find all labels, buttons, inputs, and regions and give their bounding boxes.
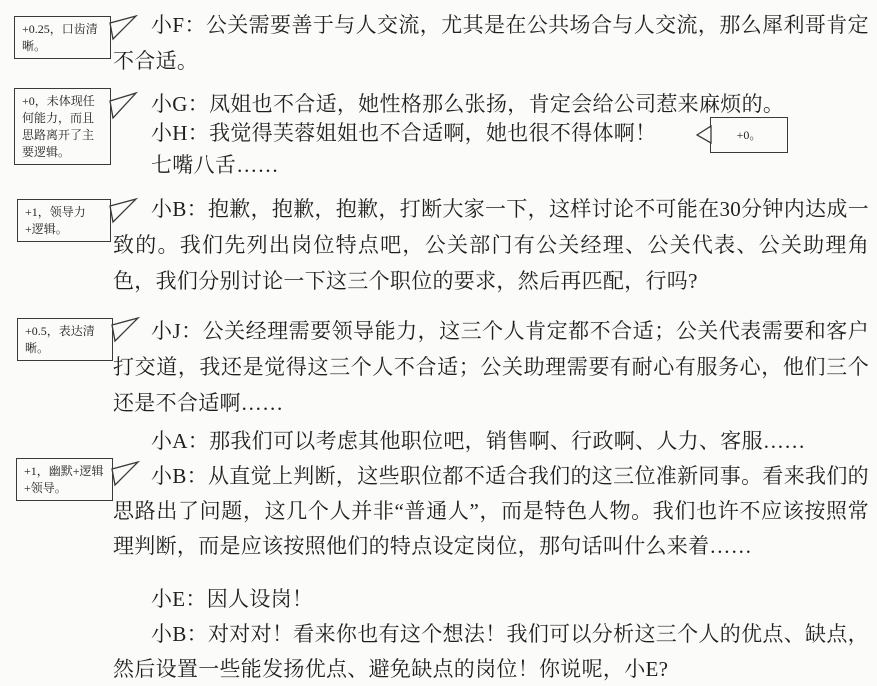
score-callout-1: +0.25，口齿清晰。: [14, 16, 111, 59]
dialogue-paragraph-xa: 小A：那我们可以考虑其他职位吧，销售啊、行政啊、人力、客服……: [113, 423, 869, 459]
document-page: 小F：公关需要善于与人交流，尤其是在公共场合与人交流，那么犀利哥肯定不合适。 小…: [0, 0, 877, 686]
score-callout-5: +1，幽默+逻辑+领导。: [16, 458, 113, 501]
dialogue-paragraph-xj: 小J：公关经理需要领导能力，这三个人肯定都不合适；公关代表需要和客户打交道，我还…: [113, 313, 869, 421]
score-callout-box: +0.25，口齿清晰。: [14, 16, 111, 59]
callout-tail-icon: [111, 460, 141, 488]
score-callout-box: +1，幽默+逻辑+领导。: [16, 458, 113, 501]
callout-tail-left-icon: [696, 125, 712, 145]
dialogue-paragraph-xb-3: 小B：对对对！看来你也有这个想法！我们可以分析这三个人的优点、缺点，然后设置一些…: [113, 617, 869, 686]
callout-tail-icon: [111, 316, 141, 344]
callout-tail-icon: [109, 91, 139, 121]
score-callout-6: +0。: [710, 117, 788, 153]
score-callout-box: +0，未体现任何能力，而且思路离开了主要逻辑。: [14, 88, 111, 165]
dialogue-paragraph-xf: 小F：公关需要善于与人交流，尤其是在公共场合与人交流，那么犀利哥肯定不合适。: [113, 7, 869, 79]
dialogue-paragraph-xb-2: 小B：从直觉上判断，这些职位都不适合我们的这三位准新同事。看来我们的思路出了问题…: [113, 459, 869, 564]
callout-tail-icon: [109, 197, 139, 225]
score-callout-2: +0，未体现任何能力，而且思路离开了主要逻辑。: [14, 88, 111, 165]
score-callout-box: +1，领导力+逻辑。: [17, 199, 111, 242]
score-callout-4: +0.5，表达清晰。: [17, 318, 113, 361]
callout-tail-icon: [109, 14, 139, 42]
dialogue-paragraph-xe: 小E：因人设岗！: [113, 581, 869, 617]
score-callout-box: +0.5，表达清晰。: [17, 318, 113, 361]
score-callout-box: +0。: [710, 117, 788, 153]
score-callout-3: +1，领导力+逻辑。: [17, 199, 111, 242]
dialogue-paragraph-xb-1: 小B：抱歉，抱歉，抱歉，打断大家一下，这样讨论不可能在30分钟内达成一致的。我们…: [113, 191, 869, 299]
